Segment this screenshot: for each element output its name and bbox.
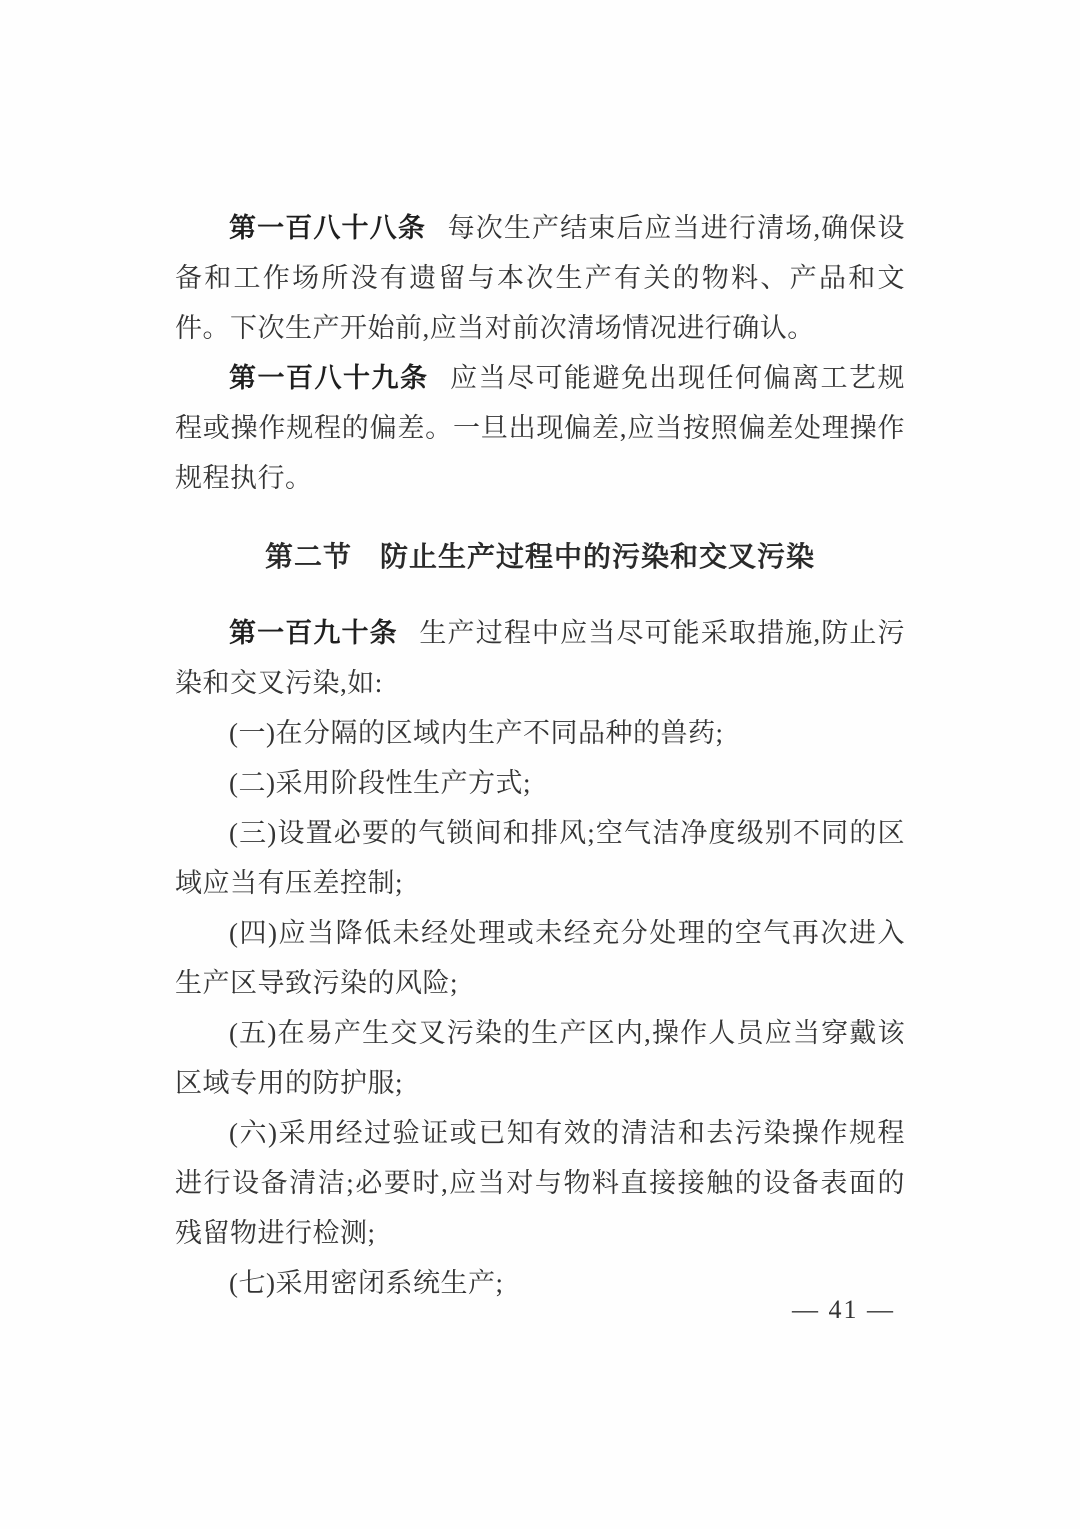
section-number: 第二节 <box>265 542 352 573</box>
article-number: 第一百八十八条 <box>229 213 426 243</box>
document-page: 第一百八十八条每次生产结束后应当进行清场,确保设备和工作场所没有遗留与本次生产有… <box>0 0 1080 1529</box>
section-heading: 第二节防止生产过程中的污染和交叉污染 <box>175 533 905 583</box>
list-item-3: (三)设置必要的气锁间和排风;空气洁净度级别不同的区域应当有压差控制; <box>175 808 905 908</box>
article-paragraph-189: 第一百八十九条应当尽可能避免出现任何偏离工艺规程或操作规程的偏差。一旦出现偏差,… <box>175 353 905 503</box>
list-item-2: (二)采用阶段性生产方式; <box>175 758 905 808</box>
list-item-5: (五)在易产生交叉污染的生产区内,操作人员应当穿戴该区域专用的防护服; <box>175 1008 905 1108</box>
list-item-text: (三)设置必要的气锁间和排风;空气洁净度级别不同的区域应当有压差控制; <box>175 818 905 898</box>
list-item-text: (二)采用阶段性生产方式; <box>229 768 531 798</box>
document-body: 第一百八十八条每次生产结束后应当进行清场,确保设备和工作场所没有遗留与本次生产有… <box>175 203 905 1308</box>
list-item-text: (五)在易产生交叉污染的生产区内,操作人员应当穿戴该区域专用的防护服; <box>175 1018 905 1098</box>
page-number: — 41 — <box>792 1293 895 1327</box>
article-paragraph-188: 第一百八十八条每次生产结束后应当进行清场,确保设备和工作场所没有遗留与本次生产有… <box>175 203 905 353</box>
list-item-4: (四)应当降低未经处理或未经充分处理的空气再次进入生产区导致污染的风险; <box>175 908 905 1008</box>
list-item-1: (一)在分隔的区域内生产不同品种的兽药; <box>175 708 905 758</box>
list-item-text: (四)应当降低未经处理或未经充分处理的空气再次进入生产区导致污染的风险; <box>175 918 905 998</box>
article-number: 第一百八十九条 <box>229 363 428 393</box>
list-item-text: (六)采用经过验证或已知有效的清洁和去污染操作规程进行设备清洁;必要时,应当对与… <box>175 1118 905 1248</box>
section-title: 防止生产过程中的污染和交叉污染 <box>380 542 815 573</box>
article-number: 第一百九十条 <box>229 618 398 648</box>
list-item-text: (七)采用密闭系统生产; <box>229 1268 503 1298</box>
list-item-text: (一)在分隔的区域内生产不同品种的兽药; <box>229 718 723 748</box>
list-item-6: (六)采用经过验证或已知有效的清洁和去污染操作规程进行设备清洁;必要时,应当对与… <box>175 1108 905 1258</box>
article-paragraph-190: 第一百九十条生产过程中应当尽可能采取措施,防止污染和交叉污染,如: <box>175 608 905 708</box>
